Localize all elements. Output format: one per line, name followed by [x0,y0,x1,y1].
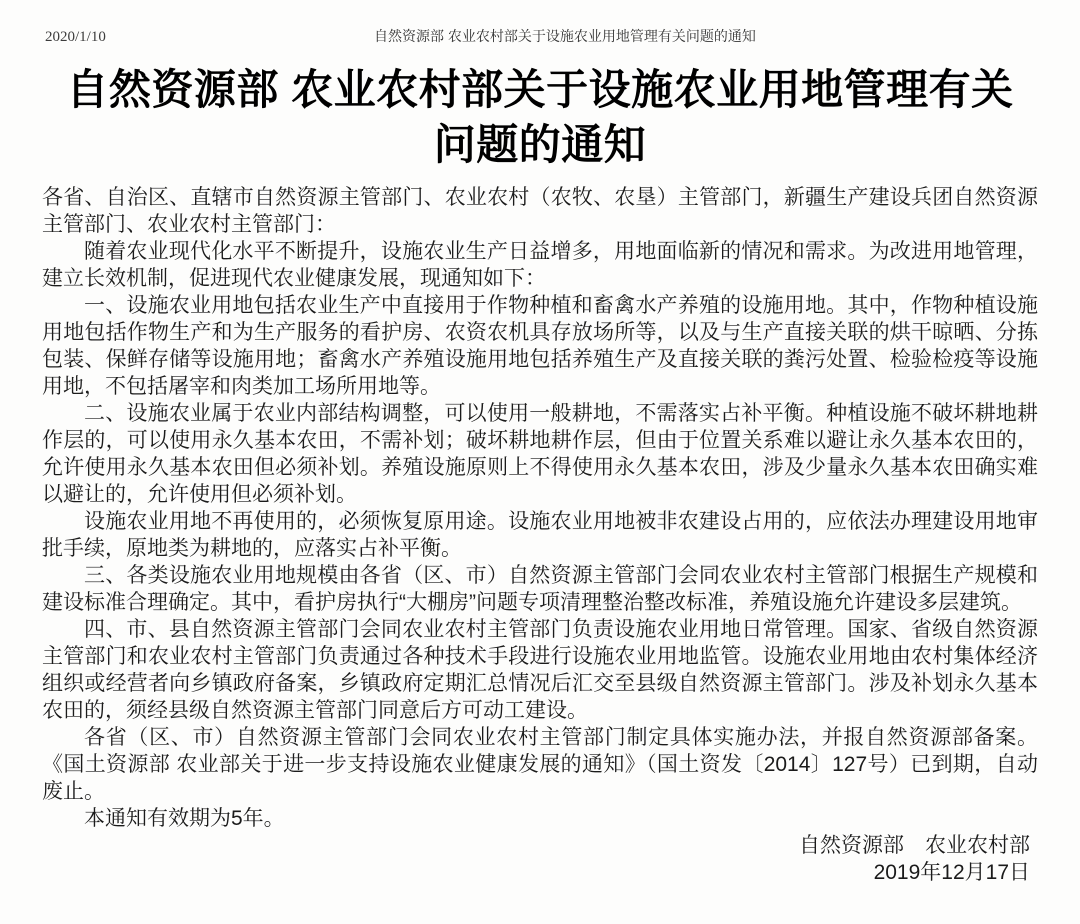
restore-use-paragraph: 设施农业用地不再使用的，必须恢复原用途。设施农业用地被非农建设占用的，应依法办理… [42,508,1038,562]
intro-paragraph: 随着农业现代化水平不断提升，设施农业生产日益增多，用地面临新的情况和需求。为改进… [42,238,1038,292]
salutation-paragraph: 各省、自治区、直辖市自然资源主管部门、农业农村（农牧、农垦）主管部门，新疆生产建… [42,184,1038,238]
implementation-paragraph: 各省（区、市）自然资源主管部门会同农业农村主管部门制定具体实施办法，并报自然资源… [42,724,1038,805]
signature-date: 2019年12月17日 [42,859,1030,886]
signature-department: 自然资源部 农业农村部 [42,832,1030,859]
notice-title: 自然资源部 农业农村部关于设施农业用地管理有关问题的通知 [52,62,1028,172]
print-date: 2020/1/10 [45,29,215,46]
validity-paragraph: 本通知有效期为5年。 [42,805,1038,832]
item-two-paragraph: 二、设施农业属于农业内部结构调整，可以使用一般耕地，不需落实占补平衡。种植设施不… [42,400,1038,508]
print-doc-title: 自然资源部 农业农村部关于设施农业用地管理有关问题的通知 [215,26,915,46]
print-header: 2020/1/10 自然资源部 农业农村部关于设施农业用地管理有关问题的通知 [0,0,1080,46]
document-page: 2020/1/10 自然资源部 农业农村部关于设施农业用地管理有关问题的通知 自… [0,0,1080,924]
signature-block: 自然资源部 农业农村部 2019年12月17日 [42,832,1038,886]
document-body: 各省、自治区、直辖市自然资源主管部门、农业农村（农牧、农垦）主管部门，新疆生产建… [42,184,1038,886]
item-four-paragraph: 四、市、县自然资源主管部门会同农业农村主管部门负责设施农业用地日常管理。国家、省… [42,616,1038,724]
item-one-paragraph: 一、设施农业用地包括农业生产中直接用于作物种植和畜禽水产养殖的设施用地。其中，作… [42,292,1038,400]
item-three-paragraph: 三、各类设施农业用地规模由各省（区、市）自然资源主管部门会同农业农村主管部门根据… [42,562,1038,616]
